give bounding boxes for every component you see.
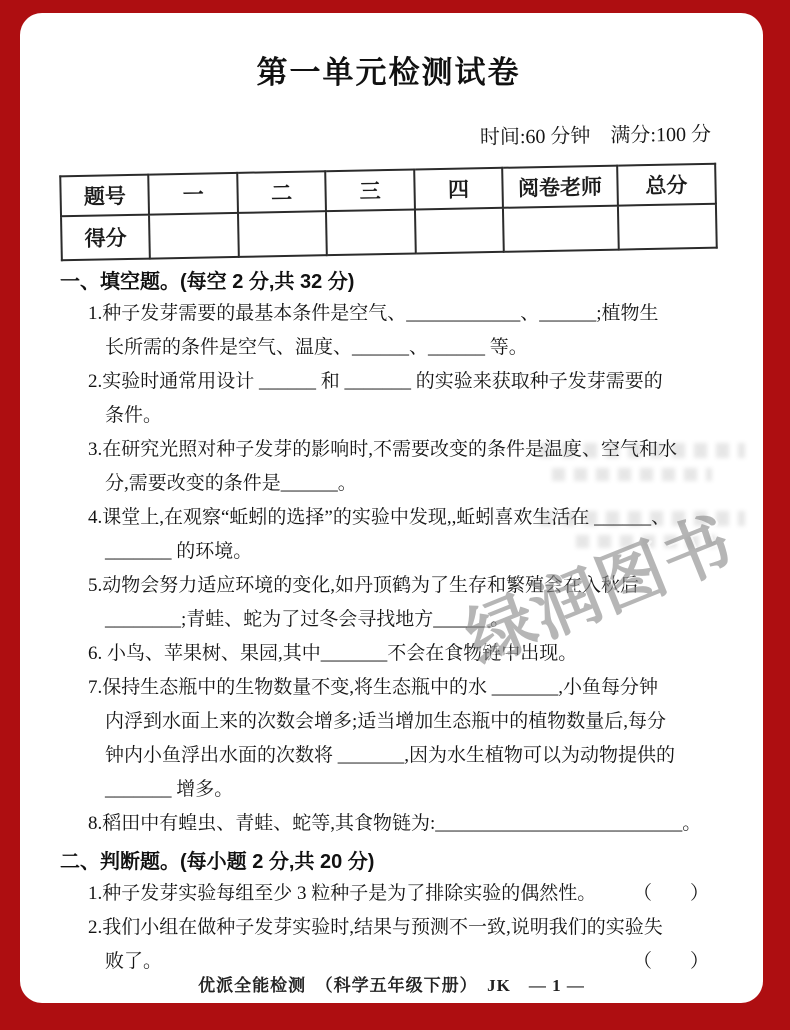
score-table-header-cell: 总分 — [617, 164, 716, 206]
question-line: 分,需要改变的条件是______。 — [60, 467, 717, 501]
score-input-cell — [149, 213, 238, 259]
answer-bracket: （ ） — [633, 877, 709, 911]
question-line: 2.实验时通常用设计 ______ 和 _______ 的实验来获取种子发芽需要… — [60, 365, 717, 399]
question-line: 3.在研究光照对种子发芽的影响时,不需要改变的条件是温度、空气和水 — [60, 433, 717, 467]
question-line: 长所需的条件是空气、温度、______、______ 等。 — [60, 331, 717, 365]
question-line: 6. 小鸟、苹果树、果园,其中_______不会在食物链中出现。 — [60, 637, 717, 671]
score-table-header-cell: 四 — [414, 168, 503, 210]
question-line: 2.我们小组在做种子发芽实验时,结果与预测不一致,说明我们的实验失 — [60, 911, 717, 945]
exam-page: 第一单元检测试卷 时间:60 分钟 满分:100 分 题号 一 二 三 四 阅卷… — [20, 13, 763, 1003]
score-table: 题号 一 二 三 四 阅卷老师 总分 得分 — [59, 163, 718, 262]
score-row-label: 得分 — [61, 215, 150, 261]
question-line: 1.种子发芽实验每组至少 3 粒种子是为了排除实验的偶然性。 （ ） — [60, 877, 717, 911]
page-footer: 优派全能检测 （科学五年级下册） JK — 1 — — [20, 971, 763, 996]
score-input-cell — [415, 208, 504, 254]
red-border-frame: 第一单元检测试卷 时间:60 分钟 满分:100 分 题号 一 二 三 四 阅卷… — [0, 0, 790, 1030]
exam-meta: 时间:60 分钟 满分:100 分 — [60, 117, 717, 155]
section-heading-judgment: 二、判断题。(每小题 2 分,共 20 分) — [60, 847, 717, 877]
question-line: 4.课堂上,在观察“蚯蚓的选择”的实验中发现,,蚯蚓喜欢生活在 ______、 — [60, 501, 717, 535]
question-line: 条件。 — [60, 399, 717, 433]
score-input-cell — [326, 209, 415, 255]
question-line: 钟内小鱼浮出水面的次数将 _______,因为水生植物可以为动物提供的 — [60, 739, 717, 773]
question-text: 1.种子发芽实验每组至少 3 粒种子是为了排除实验的偶然性。 — [88, 877, 596, 911]
score-table-header-cell: 二 — [237, 171, 326, 213]
score-table-header-cell: 题号 — [60, 175, 149, 217]
score-input-cell — [503, 206, 618, 252]
score-table-header-cell: 阅卷老师 — [502, 166, 617, 208]
question-line: 1.种子发芽需要的最基本条件是空气、____________、______;植物… — [60, 297, 717, 331]
question-line: 7.保持生态瓶中的生物数量不变,将生态瓶中的水 _______,小鱼每分钟 — [60, 671, 717, 705]
score-input-cell — [618, 204, 717, 250]
section-heading-fillin: 一、填空题。(每空 2 分,共 32 分) — [60, 267, 717, 297]
question-line: 8.稻田中有蝗虫、青蛙、蛇等,其食物链为:___________________… — [60, 807, 717, 841]
question-line: _______ 增多。 — [60, 773, 717, 807]
score-table-header-cell: 三 — [325, 170, 414, 212]
page-title: 第一单元检测试卷 — [60, 47, 717, 92]
score-table-header-cell: 一 — [149, 173, 238, 215]
question-line: _______ 的环境。 — [60, 535, 717, 569]
question-line: 5.动物会努力适应环境的变化,如丹顶鹤为了生存和繁殖会在入秋后 — [60, 569, 717, 603]
score-input-cell — [238, 211, 327, 257]
question-line: ________;青蛙、蛇为了过冬会寻找地方______。 — [60, 603, 717, 637]
question-line: 内浮到水面上来的次数会增多;适当增加生态瓶中的植物数量后,每分 — [60, 705, 717, 739]
